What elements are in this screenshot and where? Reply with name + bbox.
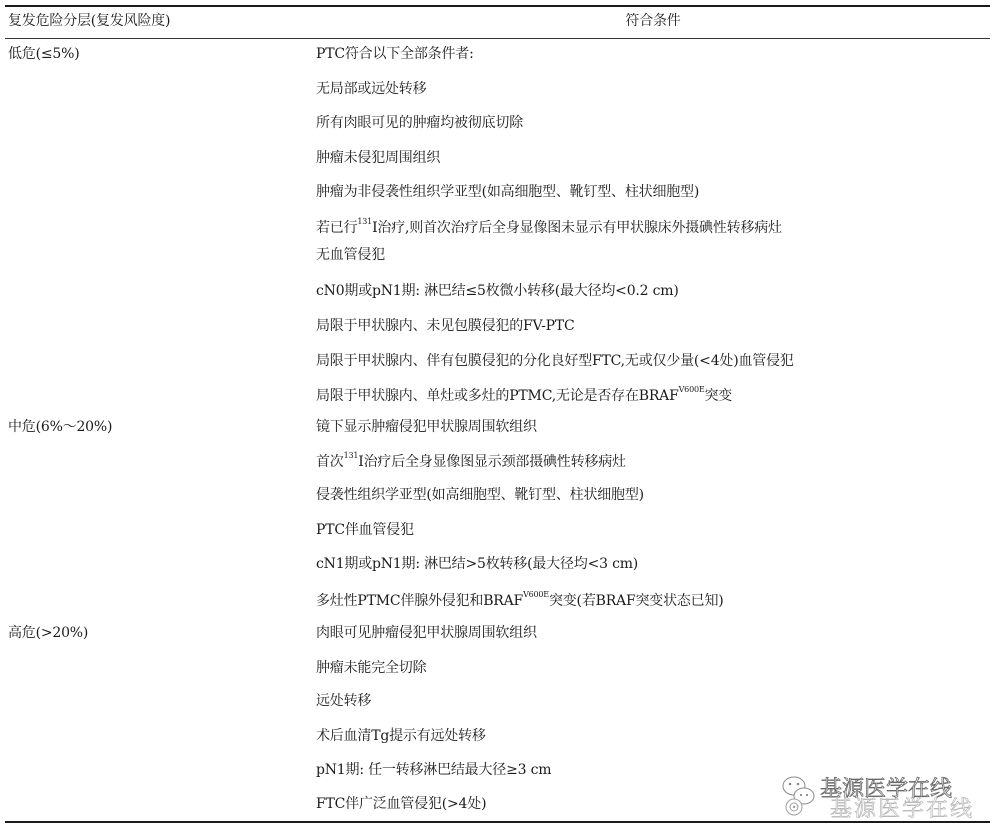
criteria-pre: 多灶性PTMC伴腺外侵犯和BRAF — [316, 593, 523, 609]
criteria-item: 侵袭性组织学亚型(如高细胞型、靴钉型、柱状细胞型) — [316, 486, 644, 504]
watermark: 基源医学在线 基源医学在线 — [780, 770, 990, 818]
criteria-item: PTC符合以下全部条件者: — [316, 45, 474, 63]
criteria-post: I治疗后全身显像图显示颈部摄碘性转移病灶 — [358, 454, 626, 470]
criteria-item: 肉眼可见肿瘤侵犯甲状腺周围软组织 — [316, 624, 537, 642]
watermark-text-shadow: 基源医学在线 — [830, 792, 974, 823]
criteria-post: 突变 — [705, 388, 733, 404]
criteria-item: 肿瘤未能完全切除 — [316, 659, 426, 677]
criteria-item: 局限于甲状腺内、未见包膜侵犯的FV-PTC — [316, 317, 575, 335]
criteria-item: 远处转移 — [316, 692, 371, 710]
criteria-item: 局限于甲状腺内、伴有包膜侵犯的分化良好型FTC,无或仅少量(<4处)血管侵犯 — [316, 352, 794, 370]
criteria-pre: 首次 — [316, 454, 344, 470]
isotope-superscript: 131 — [357, 217, 372, 226]
risk-level-high: 高危(>20%) — [8, 624, 88, 642]
criteria-item: pN1期: 任一转移淋巴结最大径≥3 cm — [316, 761, 551, 779]
criteria-item: 多灶性PTMC伴腺外侵犯和BRAFV600E突变(若BRAF突变状态已知) — [316, 592, 724, 610]
criteria-item: 无血管侵犯 — [316, 246, 385, 264]
criteria-pre: 局限于甲状腺内、单灶或多灶的PTMC,无论是否存在BRAF — [316, 388, 679, 404]
criteria-item: cN0期或pN1期: 淋巴结≤5枚微小转移(最大径均<0.2 cm) — [316, 282, 679, 300]
criteria-item: 首次131I治疗后全身显像图显示颈部摄碘性转移病灶 — [316, 453, 626, 471]
mutation-superscript: V600E — [679, 385, 705, 394]
criteria-item: 肿瘤为非侵袭性组织学亚型(如高细胞型、靴钉型、柱状细胞型) — [316, 183, 699, 201]
criteria-item: 无局部或远处转移 — [316, 80, 426, 98]
criteria-item: 术后血清Tg提示有远处转移 — [316, 727, 486, 745]
isotope-superscript: 131 — [344, 451, 359, 460]
criteria-item: cN1期或pN1期: 淋巴结>5枚转移(最大径均<3 cm) — [316, 555, 638, 573]
criteria-item: FTC伴广泛血管侵犯(>4处) — [316, 795, 486, 813]
criteria-pre: 若已行 — [316, 220, 357, 236]
criteria-item: 所有肉眼可见的肿瘤均被彻底切除 — [316, 114, 523, 132]
criteria-item: PTC伴血管侵犯 — [316, 521, 414, 539]
header-risk-level: 复发危险分层(复发风险度) — [8, 12, 170, 30]
criteria-post: 突变(若BRAF突变状态已知) — [549, 593, 724, 609]
table-top-rule — [5, 5, 990, 7]
mutation-superscript: V600E — [523, 590, 549, 599]
risk-level-low: 低危(≤5%) — [8, 45, 79, 63]
header-rule — [5, 38, 990, 39]
criteria-item: 若已行131I治疗,则首次治疗后全身显像图未显示有甲状腺床外摄碘性转移病灶 — [316, 219, 782, 237]
criteria-post: I治疗,则首次治疗后全身显像图未显示有甲状腺床外摄碘性转移病灶 — [372, 220, 782, 236]
criteria-item: 镜下显示肿瘤侵犯甲状腺周围软组织 — [316, 418, 537, 436]
criteria-item: 肿瘤未侵犯周围组织 — [316, 149, 440, 167]
criteria-item: 局限于甲状腺内、单灶或多灶的PTMC,无论是否存在BRAFV600E突变 — [316, 387, 732, 405]
risk-level-intermediate: 中危(6%～20%) — [8, 418, 112, 436]
header-criteria: 符合条件 — [316, 12, 990, 30]
wechat-logo-icon — [780, 774, 824, 818]
